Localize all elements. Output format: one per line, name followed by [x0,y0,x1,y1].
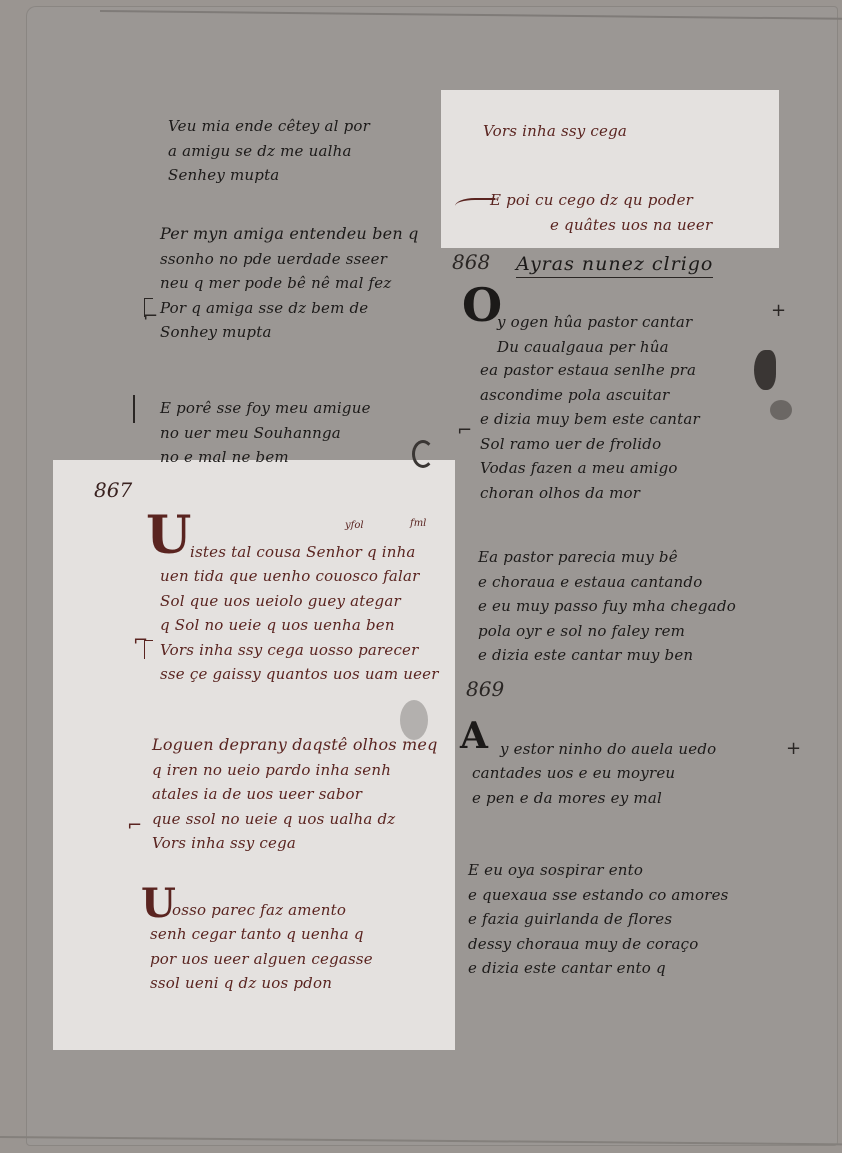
verse-line: y ogen hûa pastor cantar [497,310,692,335]
verse-line: ssol ueni q dz uos pdon [150,971,373,996]
verse-line: ssonho no pde uerdade sseer [160,247,419,272]
verse-line: a amigu se dz me ualha [168,139,370,164]
verse-line: Loguen deprany daqstê olhos meq [152,733,438,758]
verse-line-refrain: Vors inha ssy cega [152,831,438,856]
verse-line-refrain: Sol ramo uer de frolido [480,432,700,457]
verse-line: por uos ueer alguen cegasse [150,947,373,972]
verse-line: dessy choraua muy de coraço [468,932,729,957]
author-rubric: Ayras nunez clrigo [516,253,713,278]
verse-line: e eu muy passo fuy mha chegado [478,594,736,619]
poem-868-stanza-1: y ogen hûa pastor cantar Du caualgaua pe… [497,310,692,359]
margin-cross: + [771,300,786,321]
verse-line: senh cegar tanto q uenha q [150,922,373,947]
verse-line: atales ia de uos ueer sabor [152,782,438,807]
verse-line: e quexaua sse estando co amores [468,883,729,908]
verse-line: e fazia guirlanda de flores [468,907,729,932]
flourish [455,198,495,214]
poem-867-stanza-2: Loguen deprany daqstê olhos meq q iren n… [152,733,438,856]
verse-line: ascondime pola ascuitar [480,383,700,408]
verse-line: osso parec faz amento [172,898,346,923]
verse-line: E eu oya sospirar ento [468,858,729,883]
verse-line: Veu mia ende cêtey al por [168,114,370,139]
poem-868-stanza-1-cont: ea pastor estaua senlhe pra ascondime po… [480,358,700,505]
verse-line: cantades uos e eu moyreu [472,761,675,786]
margin-cross: + [786,738,801,759]
verse-line: sse çe gaissy quantos uos uam ueer [160,662,439,687]
verse-line: no uer meu Souhannga [160,421,371,446]
refrain-marker: ⌐ [143,306,158,327]
decorated-initial-u: U [141,884,176,924]
poem-number-867: 867 [94,478,132,502]
verse-line: E poi cu cego dz qu poder [490,188,712,213]
verse-line: Senhey mupta [168,163,370,188]
poem-867-stanza-1-cont: uen tida que uenho couosco falar Sol que… [160,564,439,687]
decorated-initial-a: A [460,718,488,754]
verse-line: e quâtes uos na ueer [490,213,712,238]
margin-bar [133,395,135,423]
verse-line-refrain: Por q amiga sse dz bem de [160,296,419,321]
verse-line: e dizia muy bem este cantar [480,407,700,432]
verse-line: e pen e da mores ey mal [472,786,675,811]
verse-line-refrain: Vors inha ssy cega [483,119,627,144]
poem-868-stanza-2: Ea pastor parecia muy bê e choraua e est… [478,545,736,668]
poem-869-stanza-1-cont: cantades uos e eu moyreu e pen e da more… [472,761,675,810]
refrain-marker: ⌐ [457,420,472,441]
poem-number-869: 869 [466,677,504,701]
left-stanza-top: Veu mia ende cêtey al por a amigu se dz … [168,114,370,188]
marginal-gloss: fml [410,518,426,529]
verse-line: y estor ninho do auela uedo [500,737,716,762]
verse-line: E porê sse foy meu amigue [160,396,371,421]
verse-line: istes tal cousa Senhor q inha [190,540,416,565]
verse-line-refrain: Vors inha ssy cega uosso parecer [160,638,439,663]
left-stanza-3: E porê sse foy meu amigue no uer meu Sou… [160,396,371,470]
ink-blot [770,400,792,420]
verse-line-refrain: choran olhos da mor [480,481,700,506]
left-stanza-2: Per myn amiga entendeu ben q ssonho no p… [160,222,419,345]
poem-869-stanza-1: y estor ninho do auela uedo [500,737,716,762]
right-refrain-top: Vors inha ssy cega [483,119,627,144]
verse-line: Sonhey mupta [160,320,419,345]
verse-line: e dizia este cantar ento q [468,956,729,981]
decorated-initial-u: U [146,510,191,562]
verse-line: e dizia este cantar muy ben [478,643,736,668]
poem-869-stanza-2: E eu oya sospirar ento e quexaua sse est… [468,858,729,981]
refrain-marker: ⌐ [127,815,142,836]
verse-line: no e mal ne bem [160,445,371,470]
verse-line: Du caualgaua per hûa [497,335,692,360]
decorative-initial-fragment [412,440,434,468]
verse-line: ea pastor estaua senlhe pra [480,358,700,383]
verse-line: Ea pastor parecia muy bê [478,545,736,570]
poem-867-stanza-3-cont: senh cegar tanto q uenha q por uos ueer … [150,922,373,996]
verse-line: Per myn amiga entendeu ben q [160,222,419,247]
poem-867-stanza-3: osso parec faz amento [172,898,346,923]
verse-line: q Sol no ueie q uos uenha ben [160,613,439,638]
ink-blot [754,350,776,390]
verse-line: que ssol no ueie q uos ualha dz [152,807,438,832]
poem-867-stanza-1: istes tal cousa Senhor q inha [190,540,416,565]
verse-line: pola oyr e sol no faley rem [478,619,736,644]
verse-line-refrain: Vodas fazen a meu amigo [480,456,700,481]
verse-line: q iren no ueio pardo inha senh [152,758,438,783]
verse-line: neu q mer pode bê nê mal fez [160,271,419,296]
verse-line: e choraua e estaua cantando [478,570,736,595]
poem-number-868: 868 [452,250,490,274]
right-tornada: E poi cu cego dz qu poder e quâtes uos n… [490,188,712,237]
refrain-marker: ⌐ [133,630,148,651]
verse-line: uen tida que uenho couosco falar [160,564,439,589]
stain [400,700,428,740]
verse-line: Sol que uos ueiolo guey ategar [160,589,439,614]
marginal-gloss: yfol [345,520,364,531]
